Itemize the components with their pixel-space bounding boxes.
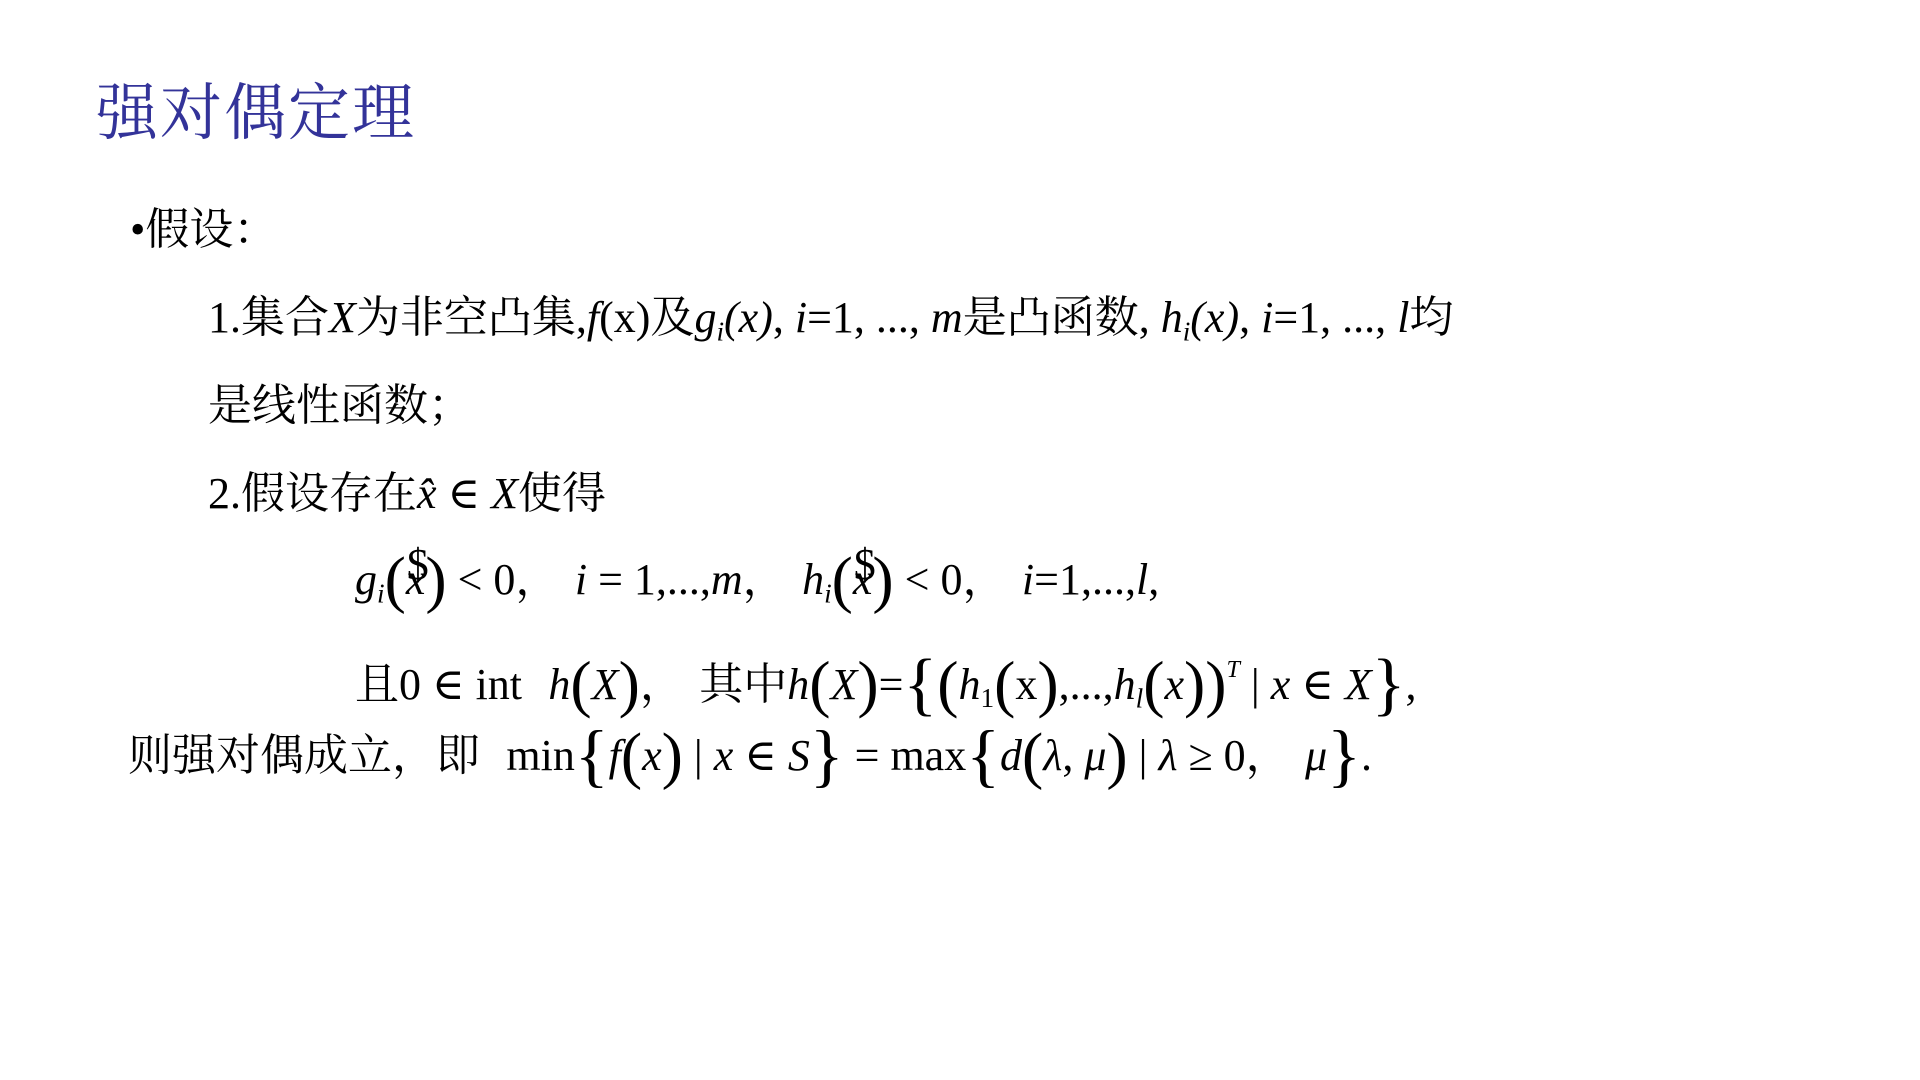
subscript: i <box>377 579 385 609</box>
var-mu: μ <box>1084 731 1106 780</box>
var-h: h <box>802 555 824 604</box>
text: , <box>773 293 795 342</box>
xhat-glyph: x$ <box>406 552 426 608</box>
xhat-glyph: x$ <box>853 552 873 608</box>
var-h: h <box>958 660 980 709</box>
var-X: X <box>491 469 518 518</box>
text: =1, ..., <box>807 293 931 342</box>
text: 0 ∈ int <box>399 660 522 709</box>
var-m: m <box>931 293 963 342</box>
text: x <box>1015 660 1037 709</box>
brace: } <box>1327 716 1361 794</box>
text: . <box>1361 731 1372 780</box>
paren: ( <box>385 543 406 614</box>
text: ∈ <box>1290 660 1345 709</box>
text: 1.集合 <box>208 293 329 342</box>
var-h: h <box>1161 293 1183 342</box>
text: , <box>1148 555 1159 604</box>
var-x: x <box>642 731 662 780</box>
assumption-1-line-2: 是线性函数； <box>208 378 472 434</box>
text: ≥ 0， <box>1178 731 1290 780</box>
paren: ) <box>857 648 878 719</box>
text: = max <box>844 731 967 780</box>
paren: ) <box>619 648 640 719</box>
assumption-heading: •假设： <box>130 202 277 258</box>
var-X: X <box>1345 660 1372 709</box>
var-g: g <box>694 293 716 342</box>
paren: ( <box>570 648 591 719</box>
text: 则强对偶成立，即 <box>128 731 480 780</box>
text: < 0， <box>894 555 1007 604</box>
conclusion-strong-duality: 则强对偶成立，即min{f(x) | x ∈ S} = max{d(λ, μ) … <box>128 728 1372 784</box>
text: 2.假设存在 <box>208 469 417 518</box>
var-f: f <box>609 731 621 780</box>
subscript: 1 <box>980 683 994 713</box>
paren: ( <box>937 648 958 719</box>
slide-title: 强对偶定理 <box>96 78 416 150</box>
var-x: x <box>714 731 734 780</box>
var-f: f <box>587 293 599 342</box>
paren: ) <box>1037 648 1058 719</box>
text: | <box>683 731 714 780</box>
text: 其中 <box>699 660 787 709</box>
paren: ( <box>994 648 1015 719</box>
brace: { <box>575 716 609 794</box>
text: ∈ <box>437 469 492 518</box>
text: , <box>1239 293 1261 342</box>
text: 且 <box>355 660 399 709</box>
var-h: h <box>548 660 570 709</box>
var-S: S <box>788 731 810 780</box>
text: 为非空凸集, <box>356 293 587 342</box>
text: (x) <box>1190 293 1239 342</box>
var-X: X <box>830 660 857 709</box>
formula-interior-condition: 且0 ∈ inth(X)，其中h(X)={(h1(x),...,hl(x))T … <box>355 642 1417 726</box>
var-xhat: x̂ <box>417 469 437 518</box>
text: 是凸函数, <box>963 293 1161 342</box>
assumption-2: 2.假设存在x̂ ∈ X使得 <box>208 466 606 522</box>
var-X: X <box>329 293 356 342</box>
var-x: x <box>1164 660 1184 709</box>
subscript: i <box>824 579 832 609</box>
var-i: i <box>795 293 807 342</box>
paren: ) <box>1205 648 1226 719</box>
paren: ( <box>1143 648 1164 719</box>
text: , <box>1062 731 1084 780</box>
text: ,..., <box>1059 660 1114 709</box>
text: < 0， <box>447 555 560 604</box>
text: , <box>1406 660 1417 709</box>
text: | <box>1240 660 1271 709</box>
superscript: T <box>1226 656 1239 683</box>
var-i: i <box>1022 555 1034 604</box>
brace: } <box>1372 645 1406 723</box>
formula-slater-condition: gi(x$) < 0，i = 1,...,m，hi(x$) < 0，i=1,..… <box>355 552 1159 622</box>
var-l: l <box>1397 293 1409 342</box>
text: min <box>506 731 574 780</box>
var-h: h <box>1114 660 1136 709</box>
var-lambda: λ <box>1158 731 1177 780</box>
var-h: h <box>787 660 809 709</box>
bullet-icon: • <box>130 205 145 254</box>
text: 使得 <box>518 469 606 518</box>
brace: } <box>810 716 844 794</box>
brace: { <box>903 645 937 723</box>
var-x: x <box>1271 660 1291 709</box>
var-X: X <box>592 660 619 709</box>
brace: { <box>966 716 1000 794</box>
text: = <box>879 660 904 709</box>
paren: ( <box>832 543 853 614</box>
var-l: l <box>1136 555 1148 604</box>
var-i: i <box>575 555 587 604</box>
text: =1, ..., <box>1273 293 1397 342</box>
var-d: d <box>1000 731 1022 780</box>
var-mu: μ <box>1305 731 1327 780</box>
text: | <box>1128 731 1159 780</box>
assumption-label: 假设： <box>145 205 277 254</box>
var-g: g <box>355 555 377 604</box>
var-m: m <box>711 555 743 604</box>
text: (x) <box>724 293 773 342</box>
text: =1,..., <box>1034 555 1136 604</box>
text: (x)及 <box>599 293 694 342</box>
text: ∈ <box>733 731 788 780</box>
assumption-1-line-1: 1.集合X为非空凸集,f(x)及gi(x), i=1, ..., m是凸函数, … <box>208 290 1453 360</box>
text: 均 <box>1409 293 1453 342</box>
paren: ( <box>809 648 830 719</box>
text: ， <box>640 660 684 709</box>
var-i: i <box>1261 293 1273 342</box>
text: ， <box>743 555 787 604</box>
subscript: i <box>716 317 724 347</box>
paren: ) <box>1184 648 1205 719</box>
text: = 1,..., <box>587 555 711 604</box>
var-lambda: λ <box>1043 731 1062 780</box>
